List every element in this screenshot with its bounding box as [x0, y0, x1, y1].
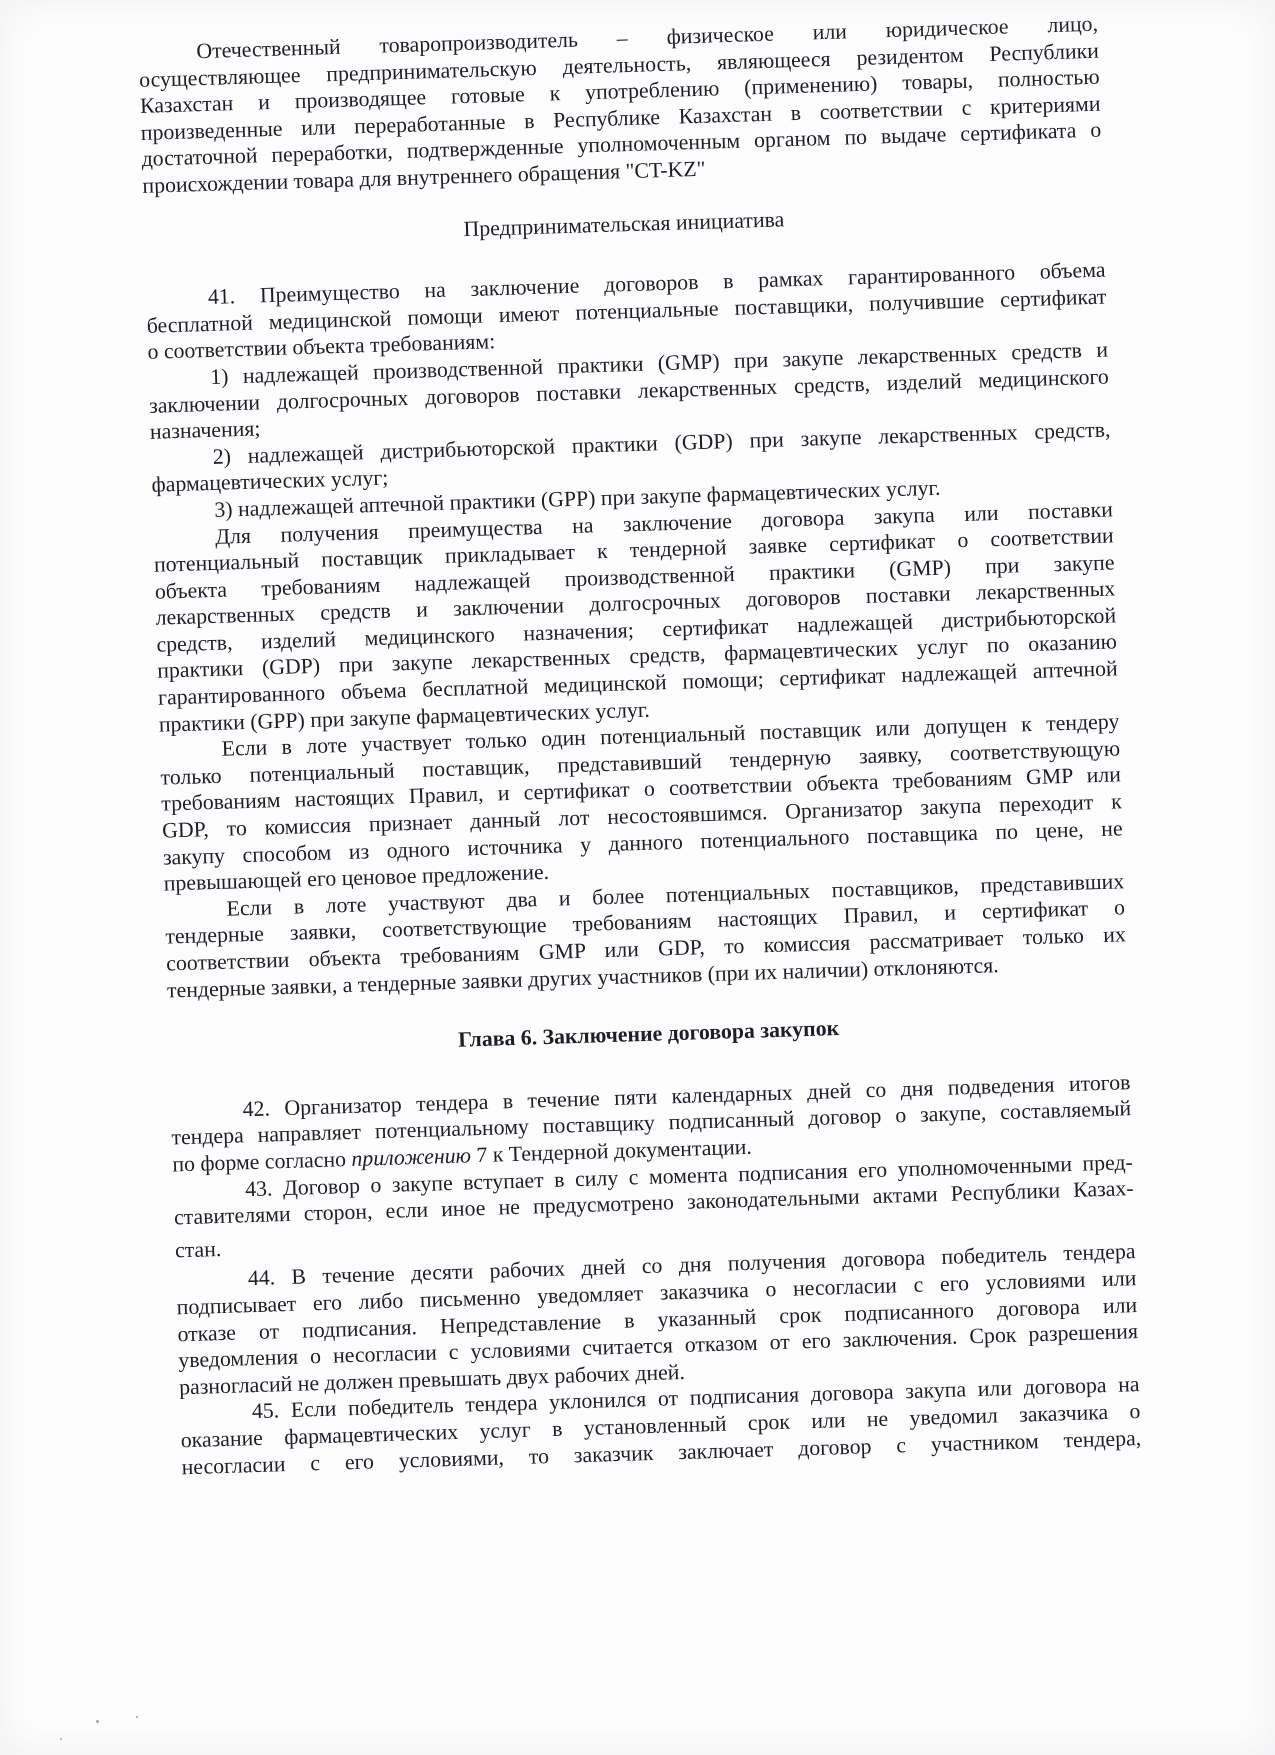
- document-body: Отечественный товаропроизводитель – физи…: [138, 11, 1142, 1481]
- clause-41-paragraph-3: Если в лоте участвует только один потенц…: [159, 709, 1123, 898]
- scan-speck: [136, 1716, 138, 1718]
- scanned-page: Отечественный товаропроизводитель – физи…: [0, 0, 1275, 1755]
- section-heading: Предпринимательская инициатива: [144, 196, 1104, 252]
- text-fragment: по форме согласно: [172, 1147, 352, 1176]
- scan-speck: [60, 1738, 62, 1740]
- clause-41-paragraph-2: Для получения преимущества на заключение…: [153, 496, 1119, 738]
- intro-paragraph: Отечественный товаропроизводитель – физи…: [138, 11, 1102, 200]
- chapter-heading: Глава 6. Заключение договора закупок: [168, 1006, 1128, 1062]
- appendix-reference: приложению: [351, 1143, 471, 1171]
- scan-speck: [96, 1720, 99, 1723]
